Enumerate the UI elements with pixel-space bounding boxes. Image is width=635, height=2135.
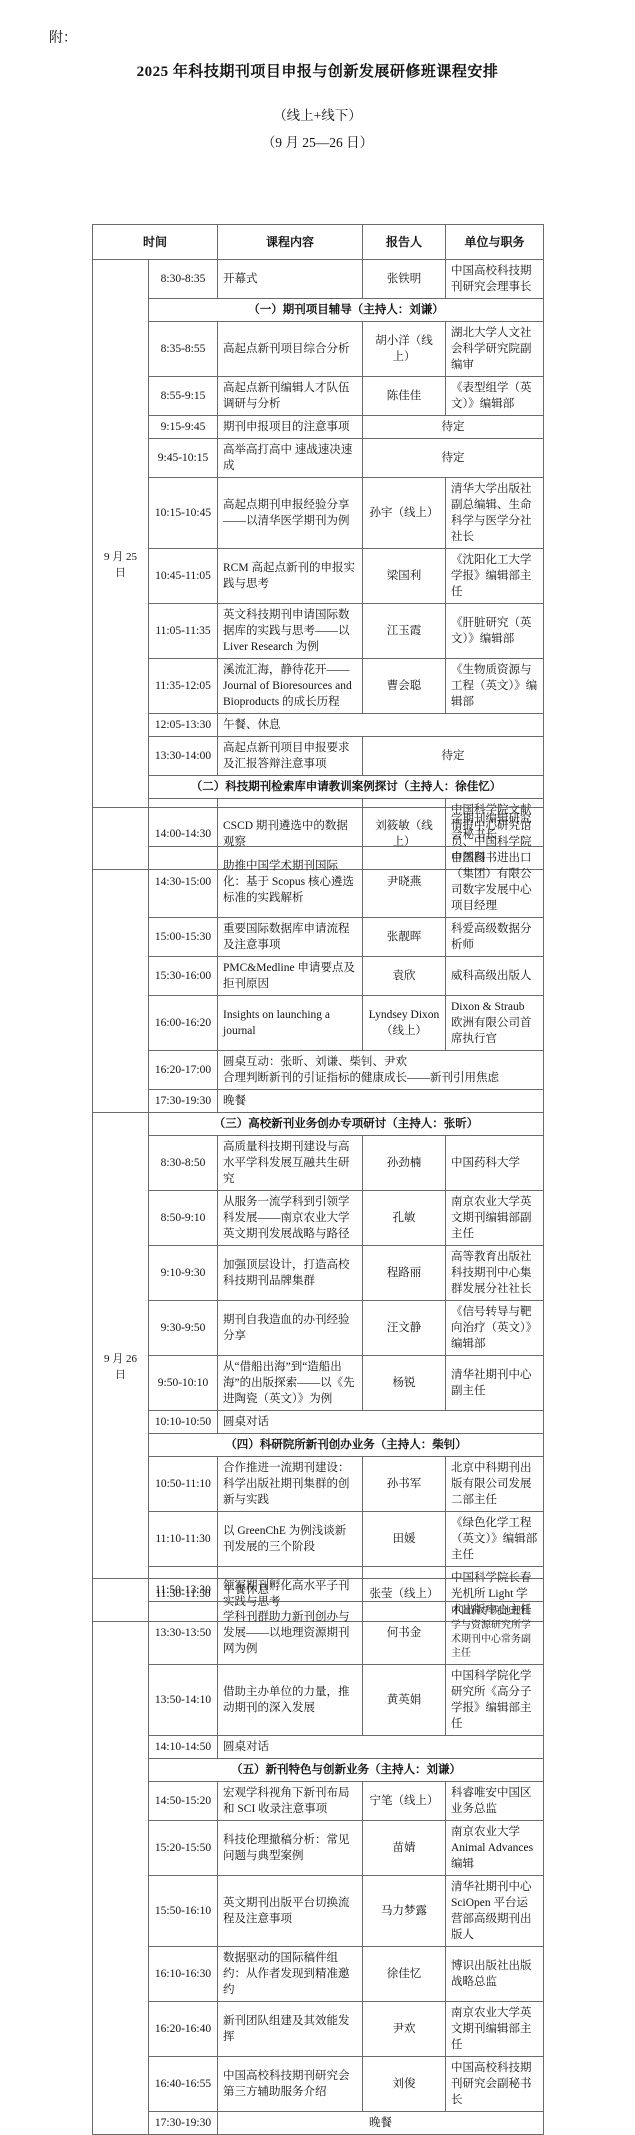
table-row: 16:20-17:00圆桌互动：张昕、刘谦、柴钊、尹欢 合理判断新刊的引证指标的…	[93, 1051, 544, 1090]
unit-cell: 清华社期刊中心副主任	[446, 1356, 544, 1411]
table-row: 11:10-11:30以 GreenChE 为例浅谈新刊发展的三个阶段田媛《绿色…	[93, 1512, 544, 1567]
content-cell-empty	[218, 808, 363, 847]
time-cell: 14:50-15:20	[149, 1782, 218, 1821]
table-row: 9:30-9:50期刊自我造血的办刊经验分享汪文静《信号转导与靶向治疗（英文）》…	[93, 1301, 544, 1356]
content-cell: 借助主办单位的力量，推动期刊的深入发展	[218, 1665, 363, 1736]
content-cell: 高质量科技期刊建设与高水平学科发展互融共生研究	[218, 1136, 363, 1191]
content-cell: 合作推进一流期刊建设：科学出版社期刊集群的创新与实践	[218, 1457, 363, 1512]
merged-content-cell: 圆桌对话	[218, 1411, 544, 1434]
unit-cell: 北京中科期刊出版有限公司发展二部主任	[446, 1457, 544, 1512]
table-row: 9:10-9:30加强顶层设计，打造高校科技期刊品牌集群程路丽高等教育出版社科技…	[93, 1246, 544, 1301]
speaker-cell: 孙书军	[363, 1457, 446, 1512]
unit-cell: 《表型组学（英文）》编辑部	[446, 377, 544, 416]
table-row: 8:55-9:15高起点新刊编辑人才队伍调研与分析陈佳佳《表型组学（英文）》编辑…	[93, 377, 544, 416]
content-cell: RCM 高起点新刊的申报实践与思考	[218, 549, 363, 604]
unit-cell: Dixon & Straub 欧洲有限公司首席执行官	[446, 996, 544, 1051]
speaker-cell: 杨锐	[363, 1356, 446, 1411]
table-row: 10:50-11:10合作推进一流期刊建设：科学出版社期刊集群的创新与实践孙书军…	[93, 1457, 544, 1512]
time-cell: 8:50-9:10	[149, 1191, 218, 1246]
speaker-cell: 尹晓燕	[363, 847, 446, 918]
speaker-cell: 张铁明	[363, 260, 446, 299]
content-cell: 学科刊群助力新刊创办与发展——以地理资源期刊网为例	[218, 1602, 363, 1665]
time-cell: 17:30-19:30	[149, 2112, 218, 2135]
table-row: 16:00-16:20Insights on launching a journ…	[93, 996, 544, 1051]
unit-cell: 中国高校科技期刊研究会理事长	[446, 260, 544, 299]
time-cell: 8:30-8:50	[149, 1136, 218, 1191]
content-cell: 从服务一流学科到引领学科发展——南京农业大学英文期刊发展战略与路径	[218, 1191, 363, 1246]
unit-cell: 中国药科大学	[446, 1136, 544, 1191]
table-header-row: 时间课程内容报告人单位与职务	[93, 225, 544, 260]
table-row: 17:30-19:30晚餐	[93, 2112, 544, 2135]
date-cell-empty	[93, 808, 149, 1113]
speaker-cell: 尹欢	[363, 2002, 446, 2057]
time-cell: 14:10-14:50	[149, 1736, 218, 1759]
time-cell: 13:30-14:00	[149, 737, 218, 776]
speaker-cell: 程路丽	[363, 1246, 446, 1301]
table-row: 9:45-10:15高举高打高中 速战速决速成待定	[93, 439, 544, 478]
section-title-cell: （三）高校新刊业务创办专项研讨（主持人：张昕）	[149, 1113, 544, 1136]
speaker-cell: 曹会聪	[363, 659, 446, 714]
table-row: 10:15-10:45高起点期刊申报经验分享——以清华医学期刊为例孙宇（线上）清…	[93, 478, 544, 549]
content-cell: 重要国际数据库申请流程及注意事项	[218, 918, 363, 957]
column-header-speaker: 报告人	[363, 225, 446, 260]
speaker-cell: 陈佳佳	[363, 377, 446, 416]
content-cell: 英文科技期刊申请国际数据库的实践与思考——以 Liver Research 为例	[218, 604, 363, 659]
time-cell: 15:20-15:50	[149, 1821, 218, 1876]
page-title: 2025 年科技期刊项目申报与创新发展研修班课程安排	[0, 60, 635, 81]
speaker-cell: 宁笔（线上）	[363, 1782, 446, 1821]
tbd-cell: 待定	[363, 737, 544, 776]
table-row: 15:50-16:10英文期刊出版平台切换流程及注意事项马力梦露清华社期刊中心 …	[93, 1876, 544, 1947]
unit-cell: 中国高校科技期刊研究会副秘书长	[446, 2057, 544, 2112]
table-row: 13:30-13:50学科刊群助力新刊创办与发展——以地理资源期刊网为例何书金中…	[93, 1602, 544, 1665]
time-cell: 16:00-16:20	[149, 996, 218, 1051]
section-row: 9 月 26 日（三）高校新刊业务创办专项研讨（主持人：张昕）	[93, 1113, 544, 1136]
section-row: （二）科技期刊检索库申请教训案例探讨（主持人：徐佳忆）	[93, 776, 544, 799]
content-cell: 宏观学科视角下新刊布局和 SCI 收录注意事项	[218, 1782, 363, 1821]
time-cell: 9:10-9:30	[149, 1246, 218, 1301]
table-row: 8:30-8:50高质量科技期刊建设与高水平学科发展互融共生研究孙劲楠中国药科大…	[93, 1136, 544, 1191]
time-cell: 9:15-9:45	[149, 416, 218, 439]
content-cell: Insights on launching a journal	[218, 996, 363, 1051]
merged-content-cell: 圆桌对话	[218, 1736, 544, 1759]
time-cell: 13:30-13:50	[149, 1602, 218, 1665]
merged-content-cell: 圆桌互动：张昕、刘谦、柴钊、尹欢 合理判断新刊的引证指标的健康成长——新刊引用焦…	[218, 1051, 544, 1090]
time-cell: 15:30-16:00	[149, 957, 218, 996]
time-cell: 11:10-11:30	[149, 1512, 218, 1567]
page-subtitle-dates: （9 月 25—26 日）	[0, 131, 635, 151]
unit-cell: 清华社期刊中心 SciOpen 平台运营部高级期刊出版人	[446, 1876, 544, 1947]
time-cell: 11:50-13:30	[149, 1579, 218, 1602]
table-row: 17:30-19:30晚餐	[93, 1090, 544, 1113]
content-cell: 高起点新刊项目申报要求及汇报答辩注意事项	[218, 737, 363, 776]
time-cell: 15:50-16:10	[149, 1876, 218, 1947]
unit-cell-continuation: 学期刊编辑研究会秘书长	[446, 808, 544, 847]
merged-content-cell: 午餐、休息	[218, 714, 544, 737]
time-cell: 8:55-9:15	[149, 377, 218, 416]
time-cell: 13:50-14:10	[149, 1665, 218, 1736]
schedule-table-page-1: 时间课程内容报告人单位与职务9 月 25 日8:30-8:35开幕式张铁明中国高…	[92, 224, 544, 870]
tbd-cell: 待定	[363, 416, 544, 439]
content-cell: 高起点新刊编辑人才队伍调研与分析	[218, 377, 363, 416]
section-title-cell: （一）期刊项目辅导（主持人：刘谦）	[149, 299, 544, 322]
unit-cell: 中国科学院地理科学与资源研究所学术期刊中心常务副主任	[446, 1602, 544, 1665]
unit-cell: 科爱高级数据分析师	[446, 918, 544, 957]
table-row: 9 月 25 日8:30-8:35开幕式张铁明中国高校科技期刊研究会理事长	[93, 260, 544, 299]
date-cell-empty	[93, 1579, 149, 2135]
table-row: 13:30-14:00高起点新刊项目申报要求及汇报答辩注意事项待定	[93, 737, 544, 776]
time-cell: 10:50-11:10	[149, 1457, 218, 1512]
section-row: （四）科研院所新刊创办业务（主持人：柴钊）	[93, 1434, 544, 1457]
unit-cell: 《信号转导与靶向治疗（英文）》编辑部	[446, 1301, 544, 1356]
content-cell: 新刊团队组建及其效能发挥	[218, 2002, 363, 2057]
time-cell: 9:30-9:50	[149, 1301, 218, 1356]
content-cell: 以 GreenChE 为例浅谈新刊发展的三个阶段	[218, 1512, 363, 1567]
time-cell-empty	[149, 808, 218, 847]
time-cell: 10:10-10:50	[149, 1411, 218, 1434]
merged-content-cell: 晚餐	[218, 2112, 544, 2135]
column-header-unit: 单位与职务	[446, 225, 544, 260]
content-cell: 开幕式	[218, 260, 363, 299]
date-cell: 9 月 26 日	[93, 1113, 149, 1622]
content-cell: 英文期刊出版平台切换流程及注意事项	[218, 1876, 363, 1947]
table-row: 16:40-16:55中国高校科技期刊研究会第三方辅助服务介绍刘俊中国高校科技期…	[93, 2057, 544, 2112]
speaker-cell: 梁国利	[363, 549, 446, 604]
table-row: 11:05-11:35英文科技期刊申请国际数据库的实践与思考——以 Liver …	[93, 604, 544, 659]
table-row: 10:10-10:50圆桌对话	[93, 1411, 544, 1434]
table-row: 14:30-15:00助推中国学术期刊国际化：基于 Scopus 核心遴选标准的…	[93, 847, 544, 918]
table-row: 11:35-12:05溪流汇海，静待花开——Journal of Bioreso…	[93, 659, 544, 714]
attachment-label: 附：	[49, 27, 77, 47]
speaker-cell: 孙宇（线上）	[363, 478, 446, 549]
speaker-cell: 黄英娟	[363, 1665, 446, 1736]
time-cell: 16:10-16:30	[149, 1947, 218, 2002]
table-row: 16:10-16:30数据驱动的国际稿件组约：从作者发现到精准邀约徐佳忆博识出版…	[93, 1947, 544, 2002]
table-row: 15:30-16:00PMC&Medline 申请要点及拒刊原因袁欣威科高级出版…	[93, 957, 544, 996]
time-cell: 12:05-13:30	[149, 714, 218, 737]
column-header-content: 课程内容	[218, 225, 363, 260]
schedule-table-page-2: 学期刊编辑研究会秘书长14:30-15:00助推中国学术期刊国际化：基于 Sco…	[92, 807, 544, 1622]
merged-content-cell: 晚餐	[218, 1090, 544, 1113]
time-cell: 11:35-12:05	[149, 659, 218, 714]
time-cell: 11:05-11:35	[149, 604, 218, 659]
speaker-cell: 汪文静	[363, 1301, 446, 1356]
speaker-cell: 何书金	[363, 1602, 446, 1665]
time-cell: 9:50-10:10	[149, 1356, 218, 1411]
page-subtitle-format: （线上+线下）	[0, 104, 635, 124]
merged-content-cell: 午餐休息	[218, 1579, 544, 1602]
table-row: 8:50-9:10从服务一流学科到引领学科发展——南京农业大学英文期刊发展战略与…	[93, 1191, 544, 1246]
speaker-cell-empty	[363, 808, 446, 847]
table-row: 10:45-11:05RCM 高起点新刊的申报实践与思考梁国利《沈阳化工大学学报…	[93, 549, 544, 604]
content-cell: 高举高打高中 速战速决速成	[218, 439, 363, 478]
tbd-cell: 待定	[363, 439, 544, 478]
speaker-cell: 胡小洋（线上）	[363, 322, 446, 377]
unit-cell: 湖北大学人文社会科学研究院副编审	[446, 322, 544, 377]
table-row: 9:15-9:45期刊申报项目的注意事项待定	[93, 416, 544, 439]
time-cell: 16:40-16:55	[149, 2057, 218, 2112]
time-cell: 8:35-8:55	[149, 322, 218, 377]
content-cell: 期刊申报项目的注意事项	[218, 416, 363, 439]
content-cell: 高起点新刊项目综合分析	[218, 322, 363, 377]
content-cell: 溪流汇海，静待花开——Journal of Bioresources and B…	[218, 659, 363, 714]
content-cell: 中国高校科技期刊研究会第三方辅助服务介绍	[218, 2057, 363, 2112]
speaker-cell: 刘俊	[363, 2057, 446, 2112]
unit-cell: 南京农业大学英文期刊编辑部副主任	[446, 1191, 544, 1246]
speaker-cell: 马力梦露	[363, 1876, 446, 1947]
time-cell: 16:20-16:40	[149, 2002, 218, 2057]
table-row: 12:05-13:30午餐、休息	[93, 714, 544, 737]
content-cell: 期刊自我造血的办刊经验分享	[218, 1301, 363, 1356]
content-cell: 科技伦理撤稿分析：常见问题与典型案例	[218, 1821, 363, 1876]
content-cell: 高起点期刊申报经验分享——以清华医学期刊为例	[218, 478, 363, 549]
unit-cell: 《肝脏研究（英文）》编辑部	[446, 604, 544, 659]
speaker-cell: 苗婧	[363, 1821, 446, 1876]
time-cell: 16:20-17:00	[149, 1051, 218, 1090]
time-cell: 14:30-15:00	[149, 847, 218, 918]
section-row: （五）新刊特色与创新业务（主持人：刘谦）	[93, 1759, 544, 1782]
speaker-cell: 孙劲楠	[363, 1136, 446, 1191]
unit-cell: 高等教育出版社科技期刊中心集群发展分社社长	[446, 1246, 544, 1301]
table-row: 学期刊编辑研究会秘书长	[93, 808, 544, 847]
column-header-time: 时间	[93, 225, 218, 260]
time-cell: 9:45-10:15	[149, 439, 218, 478]
content-cell: PMC&Medline 申请要点及拒刊原因	[218, 957, 363, 996]
unit-cell: 《绿色化学工程（英文）》编辑部主任	[446, 1512, 544, 1567]
speaker-cell: Lyndsey Dixon（线上）	[363, 996, 446, 1051]
schedule-table-page-3: 11:50-13:30午餐休息13:30-13:50学科刊群助力新刊创办与发展—…	[92, 1578, 544, 2135]
speaker-cell: 孔敏	[363, 1191, 446, 1246]
speaker-cell: 江玉霞	[363, 604, 446, 659]
table-row: 9:50-10:10从“借船出海”到“造船出海”的出版探索——以《先进陶瓷（英文…	[93, 1356, 544, 1411]
table-row: 11:50-13:30午餐休息	[93, 1579, 544, 1602]
table-row: 16:20-16:40新刊团队组建及其效能发挥尹欢南京农业大学英文期刊编辑部主任	[93, 2002, 544, 2057]
unit-cell: 中国科学院化学研究所《高分子学报》编辑部主任	[446, 1665, 544, 1736]
table-row: 8:35-8:55高起点新刊项目综合分析胡小洋（线上）湖北大学人文社会科学研究院…	[93, 322, 544, 377]
time-cell: 8:30-8:35	[149, 260, 218, 299]
content-cell: 数据驱动的国际稿件组约：从作者发现到精准邀约	[218, 1947, 363, 2002]
table-row: 15:20-15:50科技伦理撤稿分析：常见问题与典型案例苗婧南京农业大学 An…	[93, 1821, 544, 1876]
unit-cell: 中国图书进出口（集团）有限公司数字发展中心项目经理	[446, 847, 544, 918]
speaker-cell: 张靓晖	[363, 918, 446, 957]
table-row: 13:50-14:10借助主办单位的力量，推动期刊的深入发展黄英娟中国科学院化学…	[93, 1665, 544, 1736]
unit-cell: 威科高级出版人	[446, 957, 544, 996]
table-row: 14:50-15:20宏观学科视角下新刊布局和 SCI 收录注意事项宁笔（线上）…	[93, 1782, 544, 1821]
unit-cell: 清华大学出版社副总编辑、生命科学与医学分社社长	[446, 478, 544, 549]
section-title-cell: （五）新刊特色与创新业务（主持人：刘谦）	[149, 1759, 544, 1782]
document-page: 附： 2025 年科技期刊项目申报与创新发展研修班课程安排 （线上+线下） （9…	[0, 0, 635, 2078]
content-cell: 助推中国学术期刊国际化：基于 Scopus 核心遴选标准的实践解析	[218, 847, 363, 918]
time-cell: 10:45-11:05	[149, 549, 218, 604]
table-row: 15:00-15:30重要国际数据库申请流程及注意事项张靓晖科爱高级数据分析师	[93, 918, 544, 957]
unit-cell: 《沈阳化工大学学报》编辑部主任	[446, 549, 544, 604]
speaker-cell: 徐佳忆	[363, 1947, 446, 2002]
content-cell: 加强顶层设计，打造高校科技期刊品牌集群	[218, 1246, 363, 1301]
content-cell: 从“借船出海”到“造船出海”的出版探索——以《先进陶瓷（英文）》为例	[218, 1356, 363, 1411]
section-row: （一）期刊项目辅导（主持人：刘谦）	[93, 299, 544, 322]
speaker-cell: 袁欣	[363, 957, 446, 996]
section-title-cell: （四）科研院所新刊创办业务（主持人：柴钊）	[149, 1434, 544, 1457]
time-cell: 17:30-19:30	[149, 1090, 218, 1113]
speaker-cell: 田媛	[363, 1512, 446, 1567]
unit-cell: 南京农业大学 Animal Advances 编辑	[446, 1821, 544, 1876]
unit-cell: 南京农业大学英文期刊编辑部主任	[446, 2002, 544, 2057]
time-cell: 15:00-15:30	[149, 918, 218, 957]
unit-cell: 科睿唯安中国区业务总监	[446, 1782, 544, 1821]
time-cell: 10:15-10:45	[149, 478, 218, 549]
unit-cell: 博识出版社出版战略总监	[446, 1947, 544, 2002]
table-row: 14:10-14:50圆桌对话	[93, 1736, 544, 1759]
section-title-cell: （二）科技期刊检索库申请教训案例探讨（主持人：徐佳忆）	[149, 776, 544, 799]
unit-cell: 《生物质资源与工程（英文）》编辑部	[446, 659, 544, 714]
date-cell: 9 月 25 日	[93, 260, 149, 870]
